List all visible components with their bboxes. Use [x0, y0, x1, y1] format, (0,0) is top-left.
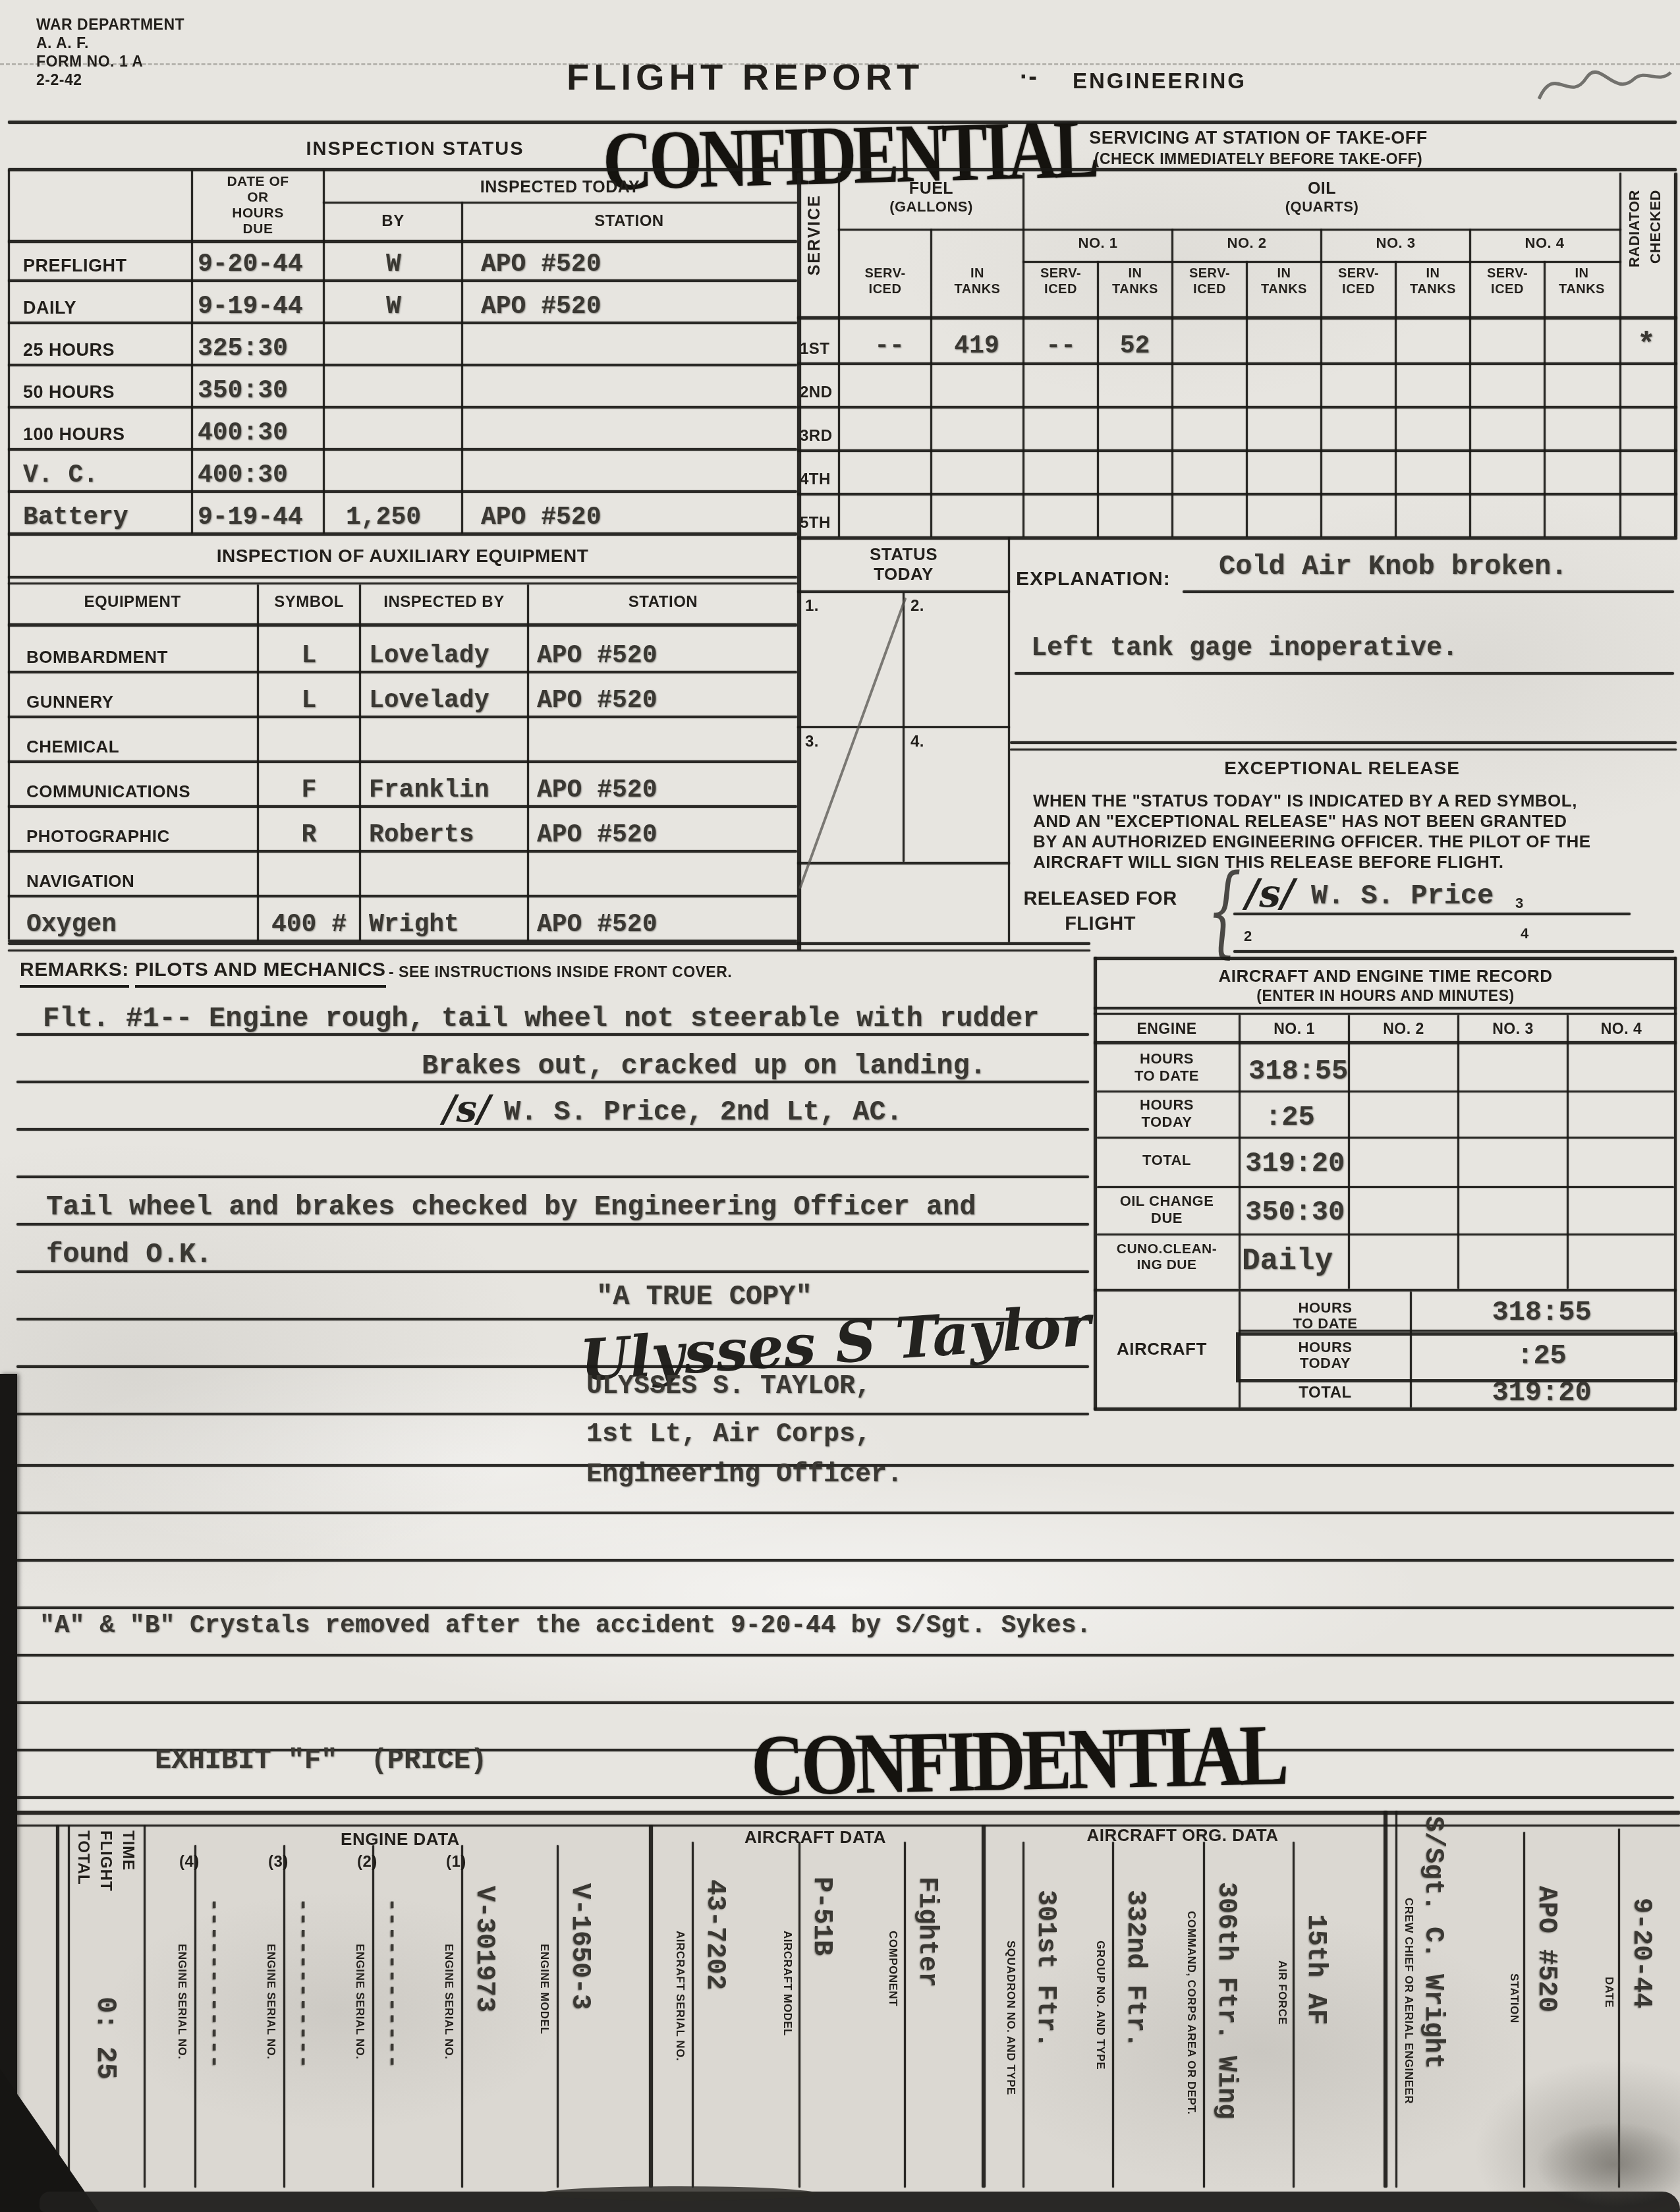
rule	[8, 532, 797, 536]
rule	[1619, 173, 1621, 537]
true-copy-note: "A TRUE COPY"	[596, 1281, 812, 1313]
tft-label: FLIGHT	[96, 1830, 115, 1892]
agency-line: WAR DEPARTMENT	[36, 16, 184, 34]
rule	[8, 671, 797, 673]
release-body-line: WHEN THE "STATUS TODAY" IS INDICATED BY …	[1033, 791, 1577, 811]
row-label: Battery	[23, 503, 128, 532]
rule	[16, 1223, 1089, 1226]
command-label: COMMAND, CORPS AREA OR DEPT.	[1185, 1911, 1198, 2114]
cell-value: L	[259, 642, 359, 670]
row-label: 25 HOURS	[23, 340, 115, 360]
aux-title: INSPECTION OF AUXILIARY EQUIPMENT	[8, 546, 797, 567]
servicing-title: SERVICING AT STATION OF TAKE-OFF	[1028, 128, 1489, 148]
rule	[797, 449, 1677, 452]
remark-line: Brakes out, cracked up on landing.	[422, 1050, 986, 1082]
rule	[16, 1559, 1674, 1562]
sub-header: ICED	[1173, 282, 1246, 297]
col-header: INSPECTED BY	[361, 593, 527, 611]
release-body-line: AND AN "EXCEPTIONAL RELEASE" HAS NOT BEE…	[1033, 811, 1567, 832]
serial-label: ENGINE SERIAL NO.	[353, 1944, 366, 2059]
rule	[1544, 261, 1546, 537]
col-header: NO. 3	[1459, 1020, 1567, 1038]
sub-header: ICED	[1322, 282, 1395, 297]
rule	[1097, 1186, 1674, 1188]
rule	[8, 950, 1090, 951]
row-label: CHEMICAL	[26, 737, 119, 757]
remark-line: Flt. #1-- Engine rough, tail wheel not s…	[43, 1003, 1039, 1035]
rule	[0, 1811, 1680, 1815]
rule	[1022, 261, 1621, 263]
fuel-unit: (GALLONS)	[840, 198, 1022, 215]
serial-label: ENGINE SERIAL NO.	[442, 1944, 455, 2059]
rule	[1293, 1842, 1295, 2188]
cell-value: R	[259, 821, 359, 849]
rule	[1008, 537, 1010, 942]
rule	[16, 1176, 1089, 1178]
signature-line-mark: 3	[1515, 895, 1524, 912]
cell-value: W	[329, 250, 458, 279]
rule	[1015, 672, 1674, 675]
confidential-stamp-bottom: CONFIDENTIAL	[750, 1705, 1286, 1817]
scan-edge-blob	[540, 2186, 817, 2201]
title-separator: ·-	[1020, 63, 1037, 92]
col-header: HOURS	[193, 206, 323, 221]
serial-value: V-301973	[469, 1886, 499, 2012]
sub-header: ICED	[1024, 282, 1097, 297]
release-body-line: BY AN AUTHORIZED ENGINEERING OFFICER. TH…	[1033, 832, 1591, 852]
row-label: TODAY	[1097, 1114, 1237, 1131]
rule	[8, 895, 797, 897]
rule	[1094, 957, 1677, 960]
col-header: NO. 4	[1569, 1020, 1674, 1038]
oil-col: NO. 4	[1471, 235, 1618, 252]
rule	[8, 279, 797, 282]
cell-value: APO #520	[537, 687, 657, 715]
rule	[1022, 173, 1024, 537]
rule	[68, 1825, 70, 2188]
row-label: DAILY	[23, 298, 76, 318]
air-force-label: AIR FORCE	[1275, 1960, 1289, 2025]
agency-line: 2-2-42	[36, 71, 82, 89]
serial-num: (3)	[268, 1853, 289, 1871]
rule	[8, 406, 797, 409]
release-signature: W. S. Price	[1311, 880, 1494, 912]
serial-num: (2)	[357, 1853, 378, 1871]
signature-prefix: /s/	[1245, 871, 1295, 916]
date-label: DATE	[1602, 1977, 1615, 2008]
signed-name: ULYSSES S. TAYLOR,	[586, 1372, 871, 1402]
rule	[649, 1825, 653, 2188]
col-header: ENGINE	[1097, 1020, 1237, 1038]
rule	[838, 173, 840, 537]
status-cell: 2.	[910, 597, 924, 615]
crystals-note: "A" & "B" Crystals removed after the acc…	[40, 1612, 1091, 1640]
cell-value: 1,250	[346, 503, 421, 532]
cell-value: APO #520	[537, 911, 657, 939]
fuel-header: FUEL	[840, 179, 1022, 198]
row-label: 100 HOURS	[23, 424, 125, 445]
radiator-label: CHECKED	[1647, 190, 1664, 264]
air-force-value: 15th AF	[1301, 1914, 1330, 2025]
rule	[692, 1842, 694, 2188]
row-label: BOMBARDMENT	[26, 647, 168, 667]
tft-label: TOTAL	[74, 1830, 92, 1885]
rule	[1395, 1811, 1397, 2188]
tft-value: 0: 25	[90, 1997, 121, 2080]
rule	[8, 942, 1090, 945]
rule	[8, 576, 797, 579]
rule	[982, 1825, 986, 2188]
oil-col: NO. 1	[1024, 235, 1171, 252]
row-label: ING DUE	[1097, 1257, 1237, 1273]
released-for-label: RELEASED FOR	[1015, 888, 1186, 910]
cell-value: 350:30	[1245, 1197, 1345, 1228]
serial-num: (1)	[446, 1853, 466, 1871]
signed-title: Engineering Officer.	[586, 1460, 903, 1490]
rule	[8, 121, 1677, 124]
rule	[1094, 1013, 1677, 1015]
radiator-check-mark: *	[1637, 328, 1656, 362]
signature-prefix: /s/	[443, 1087, 490, 1131]
col-header: SYMBOL	[259, 593, 359, 611]
aircraft-component-label: COMPONENT	[886, 1931, 899, 2006]
col-header: BY	[325, 212, 461, 231]
sub-header: TANKS	[1099, 282, 1171, 297]
engine-model-value: V-1650-3	[565, 1883, 594, 2010]
cell-value: 52	[1100, 332, 1169, 360]
rule	[1233, 950, 1674, 953]
rule	[1523, 1832, 1525, 2188]
cell-value: 9-19-44	[198, 293, 303, 321]
page-title: FLIGHT REPORT	[567, 55, 924, 98]
cell-value: F	[259, 776, 359, 805]
rule	[1384, 1811, 1387, 2188]
row-label: PHOTOGRAPHIC	[26, 826, 170, 847]
col-header: OR	[193, 190, 323, 206]
cell-value: :25	[1416, 1340, 1667, 1372]
rule	[16, 1413, 1089, 1415]
released-for-label: FLIGHT	[1015, 913, 1186, 935]
col-header: STATION	[463, 212, 795, 231]
sub-header: SERV-	[1322, 266, 1395, 281]
col-header: DATE OF	[193, 174, 323, 190]
sub-header: SERV-	[1471, 266, 1544, 281]
serial-value: ------------	[201, 1898, 228, 2068]
cell-value: APO #520	[481, 503, 601, 532]
oil-col: NO. 3	[1322, 235, 1469, 252]
remarks-label: REMARKS:	[20, 959, 129, 988]
sub-header: IN	[1248, 266, 1320, 281]
rule	[797, 536, 1677, 540]
sub-header: ICED	[1471, 282, 1544, 297]
station-value: APO #520	[1531, 1886, 1561, 2012]
rule	[1246, 261, 1248, 537]
servicing-subtitle: (CHECK IMMEDIATELY BEFORE TAKE-OFF)	[1028, 150, 1489, 168]
oil-col: NO. 2	[1173, 235, 1320, 252]
signed-rank: 1st Lt, Air Corps,	[586, 1420, 871, 1450]
status-cell: 4.	[910, 733, 924, 751]
release-body-line: AIRCRAFT WILL SIGN THIS RELEASE BEFORE F…	[1033, 852, 1503, 872]
rule	[1097, 1234, 1674, 1235]
cell-value: 350:30	[198, 377, 288, 405]
scan-shadow	[1535, 2122, 1680, 2207]
rule	[797, 862, 1010, 865]
row-label: TO DATE	[1097, 1067, 1237, 1085]
strip-header: AIRCRAFT ORG. DATA	[982, 1825, 1384, 1846]
aircraft-serial-label: AIRCRAFT SERIAL NO.	[673, 1931, 686, 2061]
radiator-label: RADIATOR	[1626, 190, 1643, 268]
cell-value: Roberts	[369, 821, 474, 849]
rule	[1097, 261, 1099, 537]
rule	[8, 760, 797, 763]
col-header: NO. 1	[1241, 1020, 1348, 1038]
sub-header: IN	[1397, 266, 1469, 281]
cell-value: 318:55	[1248, 1056, 1348, 1087]
signature-line-mark: 2	[1244, 928, 1252, 945]
crew-chief-value: S/Sgt. C. Wright	[1418, 1816, 1447, 2069]
rule	[1094, 1041, 1677, 1044]
service-row-label: 1ST	[800, 340, 830, 358]
crew-chief-label: CREW CHIEF OR AERIAL ENGINEER	[1402, 1898, 1415, 2104]
page-subtitle: ENGINEERING	[1073, 69, 1246, 94]
cell-value: Wright	[369, 911, 459, 939]
service-row-label: 5TH	[800, 514, 831, 532]
time-record-subtitle: (ENTER IN HOURS AND MINUTES)	[1097, 987, 1674, 1005]
rule	[557, 1845, 559, 2188]
row-label: CUNO.CLEAN-	[1097, 1241, 1237, 1257]
sub-header: SERV-	[840, 266, 930, 281]
rule	[1395, 261, 1397, 537]
rule	[461, 1845, 463, 2188]
sub-header: TANKS	[1397, 282, 1469, 297]
row-label: 50 HOURS	[23, 382, 115, 403]
rule	[16, 1701, 1674, 1704]
col-header: NO. 2	[1350, 1020, 1457, 1038]
row-label: COMMUNICATIONS	[26, 781, 190, 802]
service-row-label: 2ND	[800, 383, 833, 402]
row-label: TOTAL	[1241, 1384, 1410, 1402]
serial-label: ENGINE SERIAL NO.	[175, 1944, 188, 2059]
aircraft-model-value: P-51B	[806, 1877, 836, 1956]
row-label: HOURS	[1241, 1299, 1410, 1317]
cell-value: 325:30	[198, 335, 288, 363]
rule	[797, 316, 1677, 320]
rule	[16, 1033, 1089, 1036]
rule	[283, 1845, 285, 2188]
rule	[16, 1512, 1674, 1514]
rule	[1094, 1007, 1677, 1009]
rule	[323, 202, 797, 204]
date-value: 9-20-44	[1626, 1898, 1656, 2008]
explanation-line: Left tank gage inoperative.	[1031, 634, 1458, 664]
sub-header: TANKS	[1248, 282, 1320, 297]
agency-line: A. A. F.	[36, 34, 89, 52]
rule	[16, 1654, 1674, 1657]
rule	[144, 1825, 146, 2188]
rule	[8, 582, 797, 584]
remark-line: found O.K.	[46, 1239, 212, 1270]
agency-line: FORM NO. 1 A	[36, 53, 143, 71]
station-label: STATION	[1507, 1973, 1521, 2024]
row-label: V. C.	[23, 461, 98, 490]
rule	[1348, 1015, 1350, 1289]
remarks-label3: - SEE INSTRUCTIONS INSIDE FRONT COVER.	[389, 963, 732, 981]
row-label: GUNNERY	[26, 692, 114, 712]
rule	[16, 1128, 1089, 1131]
cell-value: 419	[936, 332, 1018, 360]
cell-value: --	[1028, 332, 1094, 360]
rule	[16, 1081, 1089, 1083]
row-label: DUE	[1097, 1210, 1237, 1227]
rule	[1203, 1842, 1205, 2188]
status-title: TODAY	[799, 564, 1008, 584]
rule	[797, 726, 1010, 728]
remarks-label2: PILOTS AND MECHANICS	[135, 959, 386, 988]
tft-label: TIME	[119, 1830, 137, 1871]
row-label: HOURS	[1097, 1050, 1237, 1067]
cell-value: Daily	[1242, 1244, 1333, 1278]
oil-unit: (QUARTS)	[1024, 198, 1619, 215]
col-header: DUE	[193, 221, 323, 237]
cell-value: APO #520	[537, 642, 657, 670]
aircraft-component-value: Fighter	[912, 1877, 941, 1987]
rule	[372, 1845, 374, 2188]
cell-value: W	[329, 293, 458, 321]
rule	[8, 623, 797, 627]
rule	[1097, 1091, 1674, 1092]
cell-value: APO #520	[481, 250, 601, 279]
cell-value: 400:30	[198, 419, 288, 447]
remark-line: W. S. Price, 2nd Lt, AC.	[504, 1096, 903, 1128]
rule	[8, 322, 797, 324]
rule	[8, 364, 797, 366]
cell-value: 318:55	[1416, 1297, 1667, 1328]
sub-header: TANKS	[932, 282, 1022, 297]
release-title: EXCEPTIONAL RELEASE	[1010, 758, 1674, 779]
group-value: 332nd Ftr.	[1120, 1890, 1150, 2048]
sub-header: SERV-	[1024, 266, 1097, 281]
sub-header: SERV-	[1173, 266, 1246, 281]
cell-value: Lovelady	[369, 642, 489, 670]
row-label: NAVIGATION	[26, 871, 134, 892]
rule	[797, 493, 1677, 496]
serial-value: ------------	[379, 1898, 406, 2068]
rule	[8, 716, 797, 718]
explanation-label: EXPLANATION:	[1016, 568, 1171, 590]
cell-value: APO #520	[537, 776, 657, 805]
inspection-status-title: INSPECTION STATUS	[283, 138, 547, 160]
row-label: PREFLIGHT	[23, 256, 127, 276]
cell-value: APO #520	[537, 821, 657, 849]
oil-header: OIL	[1024, 179, 1619, 198]
explanation-line: Cold Air Knob broken.	[1219, 551, 1567, 582]
rule	[798, 1842, 800, 2188]
rule	[8, 850, 797, 853]
cell-value: 319:20	[1416, 1377, 1667, 1409]
group-label: GROUP NO. AND TYPE	[1094, 1941, 1107, 2070]
rule	[461, 202, 463, 534]
engine-model-label: ENGINE MODEL	[538, 1944, 551, 2034]
rule	[8, 805, 797, 808]
squadron-value: 301st Ftr.	[1030, 1890, 1060, 2048]
rule	[16, 1270, 1089, 1273]
rule	[1010, 741, 1677, 744]
sub-header: TANKS	[1546, 282, 1618, 297]
cell-value: 400 #	[259, 911, 359, 939]
rule	[56, 1825, 59, 2188]
cell-value: 319:20	[1245, 1148, 1345, 1179]
serial-label: ENGINE SERIAL NO.	[264, 1944, 277, 2059]
rule	[1457, 1015, 1459, 1289]
strip-header: ENGINE DATA	[152, 1829, 649, 1850]
service-row-label: 4TH	[800, 470, 831, 489]
command-value: 306th Ftr. Wing	[1211, 1882, 1241, 2119]
row-label: OIL CHANGE	[1097, 1193, 1237, 1210]
service-col-label: SERVICE	[805, 194, 824, 275]
row-label: Oxygen	[26, 911, 117, 939]
rule	[1567, 1015, 1569, 1289]
rule	[1097, 1137, 1674, 1139]
rule	[1010, 749, 1677, 751]
rule	[797, 362, 1677, 365]
row-label: HOURS	[1097, 1096, 1237, 1114]
exhibit-note: EXHIBIT "F" (PRICE)	[155, 1745, 487, 1776]
cell-value: APO #520	[481, 293, 601, 321]
rule	[838, 229, 1621, 231]
aircraft-serial-value: 43-7202	[700, 1879, 729, 1990]
status-title: STATUS	[799, 544, 1008, 565]
rule	[1239, 1330, 1674, 1332]
sub-header: IN	[1099, 266, 1171, 281]
cell-value: :25	[1265, 1102, 1315, 1133]
remark-line: Tail wheel and brakes checked by Enginee…	[46, 1191, 976, 1223]
rule	[904, 1842, 906, 2188]
row-label: TODAY	[1241, 1355, 1410, 1372]
rule	[16, 1365, 1089, 1368]
rule	[1022, 1842, 1024, 2188]
status-cell: 3.	[805, 733, 819, 751]
cell-value: Franklin	[369, 776, 489, 805]
col-header: STATION	[529, 593, 797, 611]
time-record-title: AIRCRAFT AND ENGINE TIME RECORD	[1097, 966, 1674, 986]
rule	[1183, 590, 1674, 593]
cell-value: 9-19-44	[198, 503, 303, 532]
rule	[8, 168, 1677, 171]
rule	[194, 1845, 196, 2188]
rule	[8, 490, 797, 493]
rule	[16, 1606, 1674, 1609]
status-cell: 1.	[805, 597, 819, 615]
rule	[1233, 913, 1631, 915]
service-row-label: 3RD	[800, 427, 833, 445]
cell-value: 9-20-44	[198, 250, 303, 279]
row-label: HOURS	[1241, 1339, 1410, 1356]
sub-header: IN	[1546, 266, 1618, 281]
scan-edge-bottom	[40, 2192, 1680, 2212]
rule	[1112, 1842, 1114, 2188]
aircraft-model-label: AIRCRAFT MODEL	[781, 1931, 794, 2036]
serial-num: (4)	[179, 1853, 200, 1871]
aircraft-row-label: AIRCRAFT	[1117, 1339, 1207, 1359]
flight-report-form: WAR DEPARTMENT A. A. F. FORM NO. 1 A 2-2…	[0, 0, 1680, 2212]
cell-value: --	[853, 332, 926, 360]
squadron-label: SQUADRON NO. AND TYPE	[1004, 1941, 1017, 2095]
cell-value: 400:30	[198, 461, 288, 490]
rule	[1094, 1289, 1677, 1291]
serial-value: ------------	[290, 1898, 317, 2068]
sub-header: ICED	[840, 282, 930, 297]
sub-header: IN	[932, 266, 1022, 281]
